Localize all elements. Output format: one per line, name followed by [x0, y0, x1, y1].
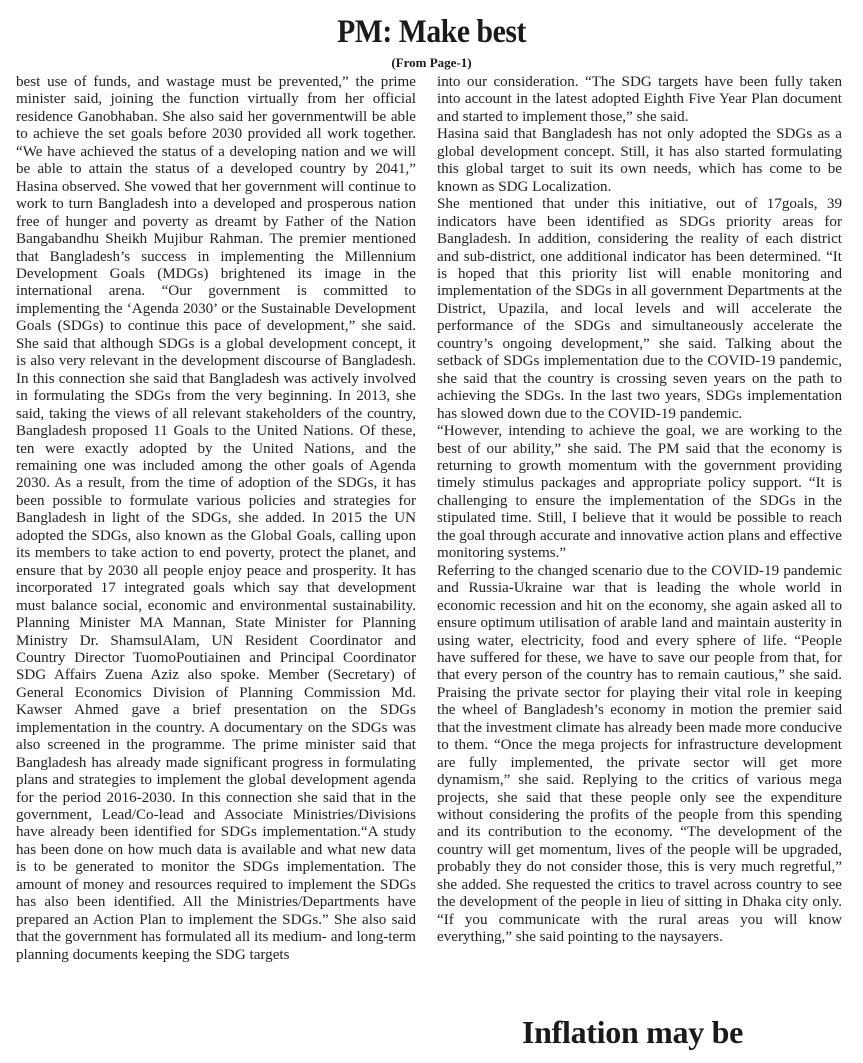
article-column-right: into our consideration. “The SDG targets… — [437, 74, 842, 947]
jump-line: (From Page-1) — [0, 55, 863, 71]
next-article-headline: Inflation may be — [522, 1012, 743, 1052]
paragraph: best use of funds, and wastage must be p… — [16, 74, 416, 964]
paragraph: Referring to the changed scenario due to… — [437, 563, 842, 947]
article-headline: PM: Make best — [43, 12, 820, 52]
paragraph: Hasina said that Bangladesh has not only… — [437, 126, 842, 196]
paragraph: “However, intending to achieve the goal,… — [437, 423, 842, 563]
paragraph: She mentioned that under this initiative… — [437, 196, 842, 423]
paragraph: into our consideration. “The SDG targets… — [437, 74, 842, 126]
article-column-left: best use of funds, and wastage must be p… — [16, 74, 416, 964]
